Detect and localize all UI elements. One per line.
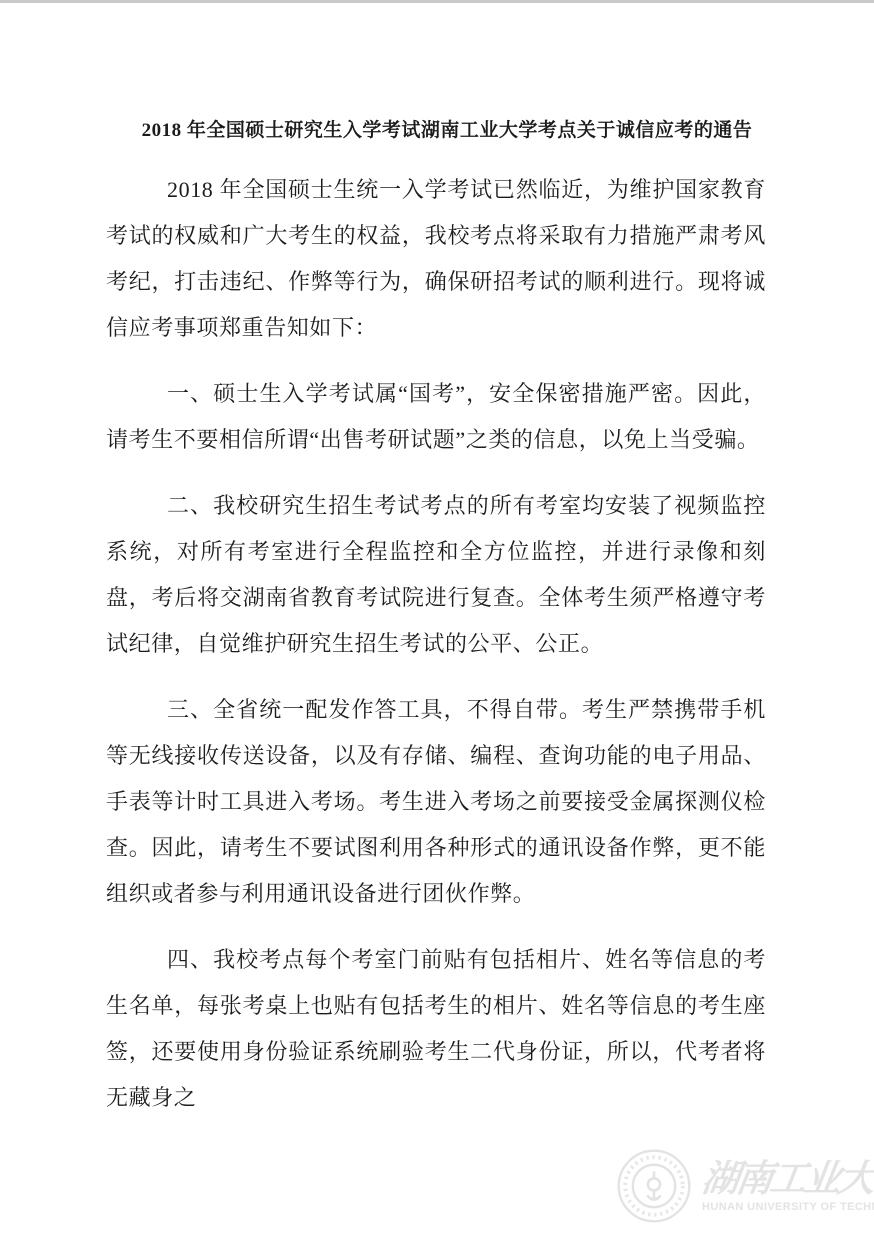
watermark-en-name: HUNAN UNIVERSITY OF TECHNOLOGY xyxy=(702,1201,874,1213)
watermark-text: 湖南工业大学 HUNAN UNIVERSITY OF TECHNOLOGY xyxy=(702,1159,874,1214)
page-top-border xyxy=(0,0,874,3)
university-seal-icon xyxy=(616,1148,692,1224)
university-logo-watermark: 湖南工业大学 HUNAN UNIVERSITY OF TECHNOLOGY xyxy=(616,1148,874,1224)
document-body: 2018 年全国硕士研究生入学考试湖南工业大学考点关于诚信应考的通告 2018 … xyxy=(106,108,766,1141)
paragraph-item-1: 一、硕士生入学考试属“国考”，安全保密措施严密。因此，请考生不要相信所谓“出售考… xyxy=(106,371,766,463)
watermark-cn-name: 湖南工业大学 xyxy=(699,1159,874,1202)
paragraph-intro: 2018 年全国硕士生统一入学考试已然临近，为维护国家教育考试的权威和广大考生的… xyxy=(106,167,766,351)
paragraph-item-3: 三、全省统一配发作答工具，不得自带。考生严禁携带手机等无线接收传送设备，以及有存… xyxy=(106,687,766,917)
document-page: 2018 年全国硕士研究生入学考试湖南工业大学考点关于诚信应考的通告 2018 … xyxy=(0,0,874,1237)
paragraph-item-2: 二、我校研究生招生考试考点的所有考室均安装了视频监控系统，对所有考室进行全程监控… xyxy=(106,483,766,667)
document-title: 2018 年全国硕士研究生入学考试湖南工业大学考点关于诚信应考的通告 xyxy=(106,108,766,154)
paragraph-item-4: 四、我校考点每个考室门前贴有包括相片、姓名等信息的考生名单，每张考桌上也贴有包括… xyxy=(106,937,766,1121)
